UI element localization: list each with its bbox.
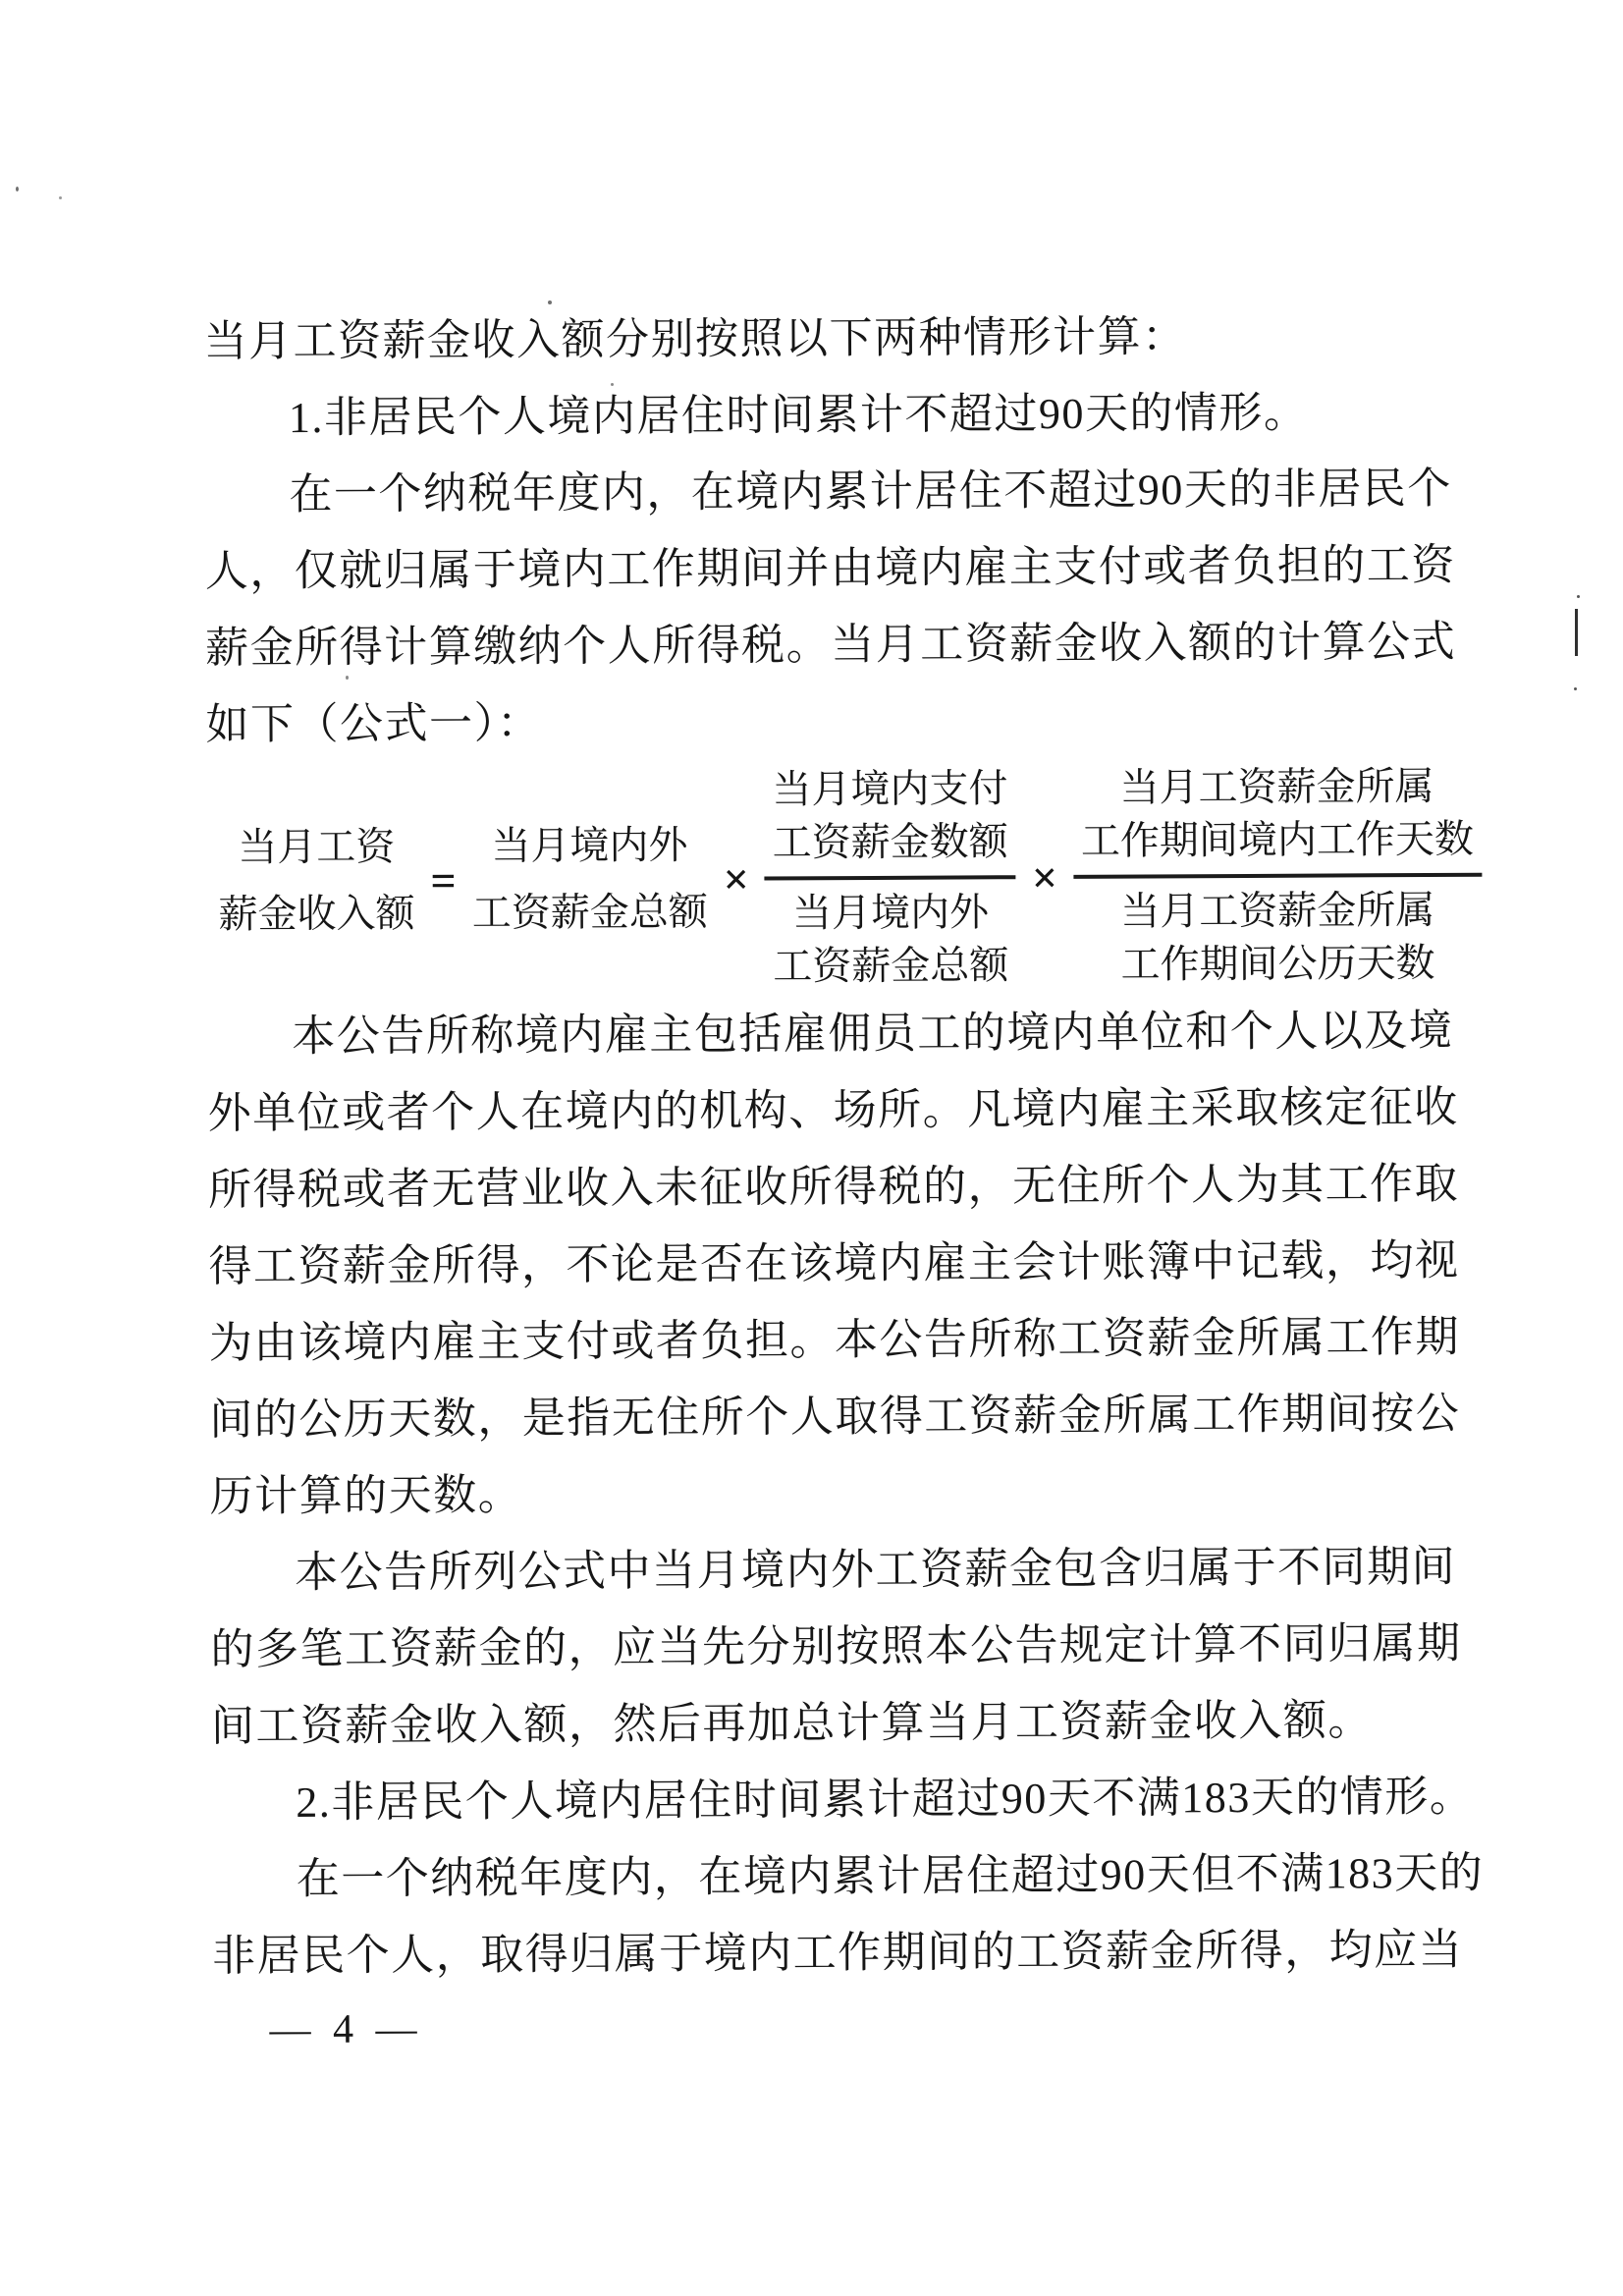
body-line: 在一个纳税年度内，在境内累计居住不超过90天的非居民个 [204, 451, 1520, 534]
fraction-numerator: 当月境内支付 工资薪金数额 [764, 767, 1016, 864]
scan-speck [611, 383, 614, 386]
body-line: 本公告所列公式中当月境内外工资薪金包含归属于不同期间 [210, 1528, 1526, 1612]
body-line: 在一个纳税年度内，在境内累计居住超过90天但不满183天的 [212, 1834, 1528, 1918]
body-line: 薪金所得计算缴纳个人所得税。当月工资薪金收入额的计算公式 [205, 603, 1521, 686]
body-line: 为由该境内雇主支付或者负担。本公告所称工资薪金所属工作期 [209, 1298, 1525, 1382]
body-line: 1.非居民个人境内居住时间累计不超过90天的情形。 [204, 374, 1520, 458]
formula-text: 当月工资薪金所属 [1120, 889, 1434, 934]
fraction-bar [765, 875, 1016, 880]
formula-text: 工资薪金数额 [773, 820, 1008, 864]
equals-sign: = [430, 854, 456, 906]
body-line: 2.非居民个人境内居住时间累计超过90天不满183天的情形。 [211, 1758, 1527, 1841]
formula-text: 工作期间公历天数 [1120, 942, 1434, 987]
scan-speck [1574, 687, 1577, 690]
scan-artifact-line [1575, 609, 1578, 656]
multiply-sign: × [1032, 850, 1057, 902]
document-page: 当月工资薪金收入额分别按照以下两种情形计算： 1.非居民个人境内居住时间累计不超… [0, 0, 1623, 2296]
scan-speck [548, 301, 552, 304]
body-line: 本公告所称境内雇主包括雇佣员工的境内单位和个人以及境 [207, 992, 1523, 1075]
formula-one: 当月工资 薪金收入额 = 当月境内外 工资薪金总额 × 当月境内支付 工资薪金数… [218, 756, 1523, 999]
formula-text: 工资薪金总额 [472, 891, 708, 935]
body-line: 间的公历天数，是指无住所个人取得工资薪金所属工作期间按公 [209, 1375, 1525, 1458]
scan-speck [1577, 595, 1580, 598]
body-line: 间工资薪金收入额，然后再加总计算当月工资薪金收入额。 [211, 1681, 1527, 1765]
multiply-sign: × [724, 852, 749, 904]
fraction-denominator: 当月境内外 工资薪金总额 [765, 891, 1017, 988]
formula-text: 当月境内外 [773, 891, 1008, 935]
formula-text: 当月工资 [218, 825, 414, 869]
formula-lhs: 当月工资 薪金收入额 [218, 825, 415, 936]
body-line: 如下（公式一）： [205, 680, 1521, 763]
page-number: — 4 — [269, 2001, 1528, 2051]
scan-speck [346, 676, 349, 680]
body-line: 人，仅就归属于境内工作期间并由境内雇主支付或者负担的工资 [205, 527, 1521, 611]
formula-fraction-domestic-paid-ratio: 当月境内支付 工资薪金数额 当月境内外 工资薪金总额 [764, 767, 1016, 988]
document-content: 当月工资薪金收入额分别按照以下两种情形计算： 1.非居民个人境内居住时间累计不超… [203, 298, 1528, 2052]
body-line: 得工资薪金所得，不论是否在该境内雇主会计账簿中记载，均视 [208, 1222, 1524, 1305]
body-line: 外单位或者个人在境内的机构、场所。凡境内雇主采取核定征收 [207, 1068, 1523, 1152]
body-line: 所得税或者无营业收入未征收所得税的，无住所个人为其工作取 [208, 1145, 1524, 1229]
formula-fraction-workdays-ratio: 当月工资薪金所属 工作期间境内工作天数 当月工资薪金所属 工作期间公历天数 [1072, 765, 1482, 987]
body-line: 的多笔工资薪金的，应当先分别按照本公告规定计算不同归属期 [210, 1605, 1526, 1688]
formula-text: 当月境内支付 [772, 767, 1007, 811]
scan-speck [16, 187, 19, 191]
formula-text: 薪金收入额 [218, 892, 414, 936]
formula-text: 当月工资薪金所属 [1080, 765, 1473, 810]
formula-term-total-salary: 当月境内外 工资薪金总额 [471, 824, 708, 935]
body-line: 非居民个人，取得归属于境内工作期间的工资薪金所得，均应当 [212, 1911, 1528, 1995]
formula-text: 工资薪金总额 [773, 944, 1008, 988]
scan-speck [59, 196, 62, 199]
fraction-denominator: 当月工资薪金所属 工作期间公历天数 [1112, 889, 1443, 987]
fraction-numerator: 当月工资薪金所属 工作期间境内工作天数 [1072, 765, 1482, 863]
body-line: 历计算的天数。 [210, 1451, 1526, 1535]
formula-text: 当月境内外 [471, 824, 707, 868]
fraction-bar [1073, 873, 1482, 879]
body-line: 当月工资薪金收入额分别按照以下两种情形计算： [203, 298, 1519, 381]
formula-text: 工作期间境内工作天数 [1081, 818, 1474, 863]
